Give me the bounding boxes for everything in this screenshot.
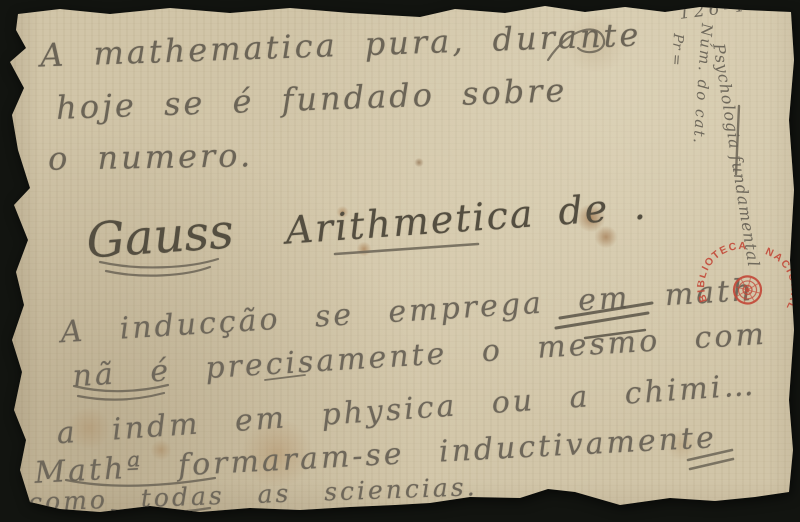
svg-text:BIBLIOTECA: BIBLIOTECA	[690, 230, 750, 312]
heading-gauss-arithmetica: Gauss Arithmetica de .	[85, 174, 649, 269]
handwritten-line: o numero.	[48, 136, 254, 178]
svg-text:NACIONAL: NACIONAL	[752, 245, 800, 313]
catalog-number: 126-46	[678, 0, 764, 24]
torn-paper: A mathematica pura, durante hoje se é fu…	[0, 0, 800, 522]
stamp-emblem	[731, 274, 764, 307]
stain	[414, 158, 424, 167]
paper-sheet: A mathematica pura, durante hoje se é fu…	[0, 0, 800, 522]
vertical-annotation-2: Pr =	[668, 33, 686, 66]
handwritten-line: A mathematica pura, durante	[40, 16, 642, 75]
heading-word-gauss: Gauss	[85, 203, 236, 269]
handwritten-line: hoje se é fundado sobre	[55, 71, 568, 127]
heading-rest: Arithmetica de .	[284, 183, 649, 252]
stamp-text-left: BIBLIOTECA	[690, 230, 750, 312]
vertical-annotation: Núm. do cat.	[690, 23, 716, 146]
stamp-text-right: NACIONAL	[752, 245, 800, 313]
manuscript-scan: A mathematica pura, durante hoje se é fu…	[0, 0, 800, 522]
